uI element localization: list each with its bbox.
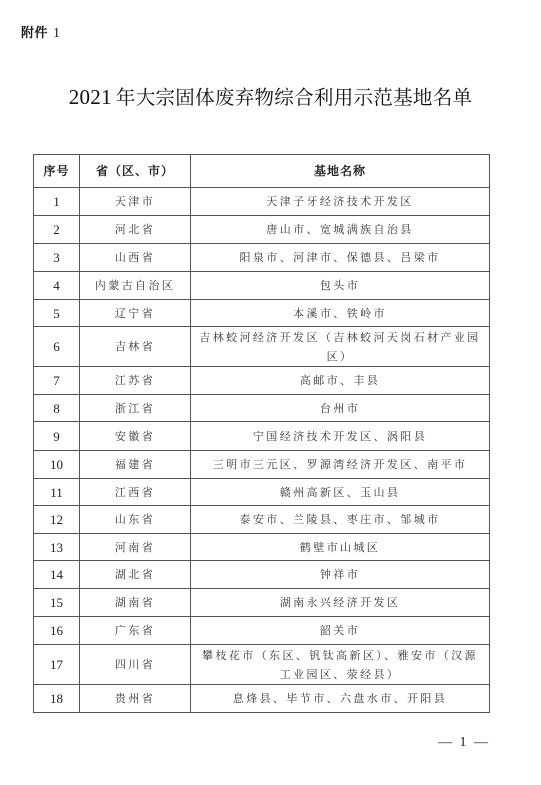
province-cell: 江苏省	[80, 367, 191, 395]
seq-cell: 11	[34, 479, 80, 506]
province-cell: 安徽省	[80, 422, 191, 451]
seq-cell: 18	[34, 685, 80, 713]
table-row: 5辽宁省本溪市、铁岭市	[34, 300, 490, 327]
base-name-cell: 韶关市	[191, 617, 490, 645]
province-cell: 湖南省	[80, 589, 191, 617]
base-name-cell: 攀枝花市（东区、钒钛高新区）、雅安市（汉源工业园区、荥经县）	[191, 645, 490, 685]
table-row: 11江西省赣州高新区、玉山县	[34, 479, 490, 506]
document-title: 2021年大宗固体废弃物综合利用示范基地名单	[0, 82, 541, 110]
seq-cell: 9	[34, 422, 80, 451]
base-name-cell: 三明市三元区、罗源湾经济开发区、南平市	[191, 451, 490, 479]
base-name-cell: 唐山市、宽城满族自治县	[191, 216, 490, 244]
base-name-cell: 天津子牙经济技术开发区	[191, 188, 490, 216]
seq-cell: 6	[34, 327, 80, 367]
page-number: — 1 —	[438, 735, 490, 751]
base-name-cell: 赣州高新区、玉山县	[191, 479, 490, 506]
base-name-cell: 包头市	[191, 272, 490, 300]
demonstration-base-table: 序号 省（区、市） 基地名称 1天津市天津子牙经济技术开发区2河北省唐山市、宽城…	[33, 154, 490, 713]
table-row: 16广东省韶关市	[34, 617, 490, 645]
table-row: 7江苏省高邮市、丰县	[34, 367, 490, 395]
table-row: 18贵州省息烽县、毕节市、六盘水市、开阳县	[34, 685, 490, 713]
seq-cell: 12	[34, 506, 80, 534]
column-header-seq: 序号	[34, 155, 80, 188]
province-cell: 四川省	[80, 645, 191, 685]
base-name-cell: 泰安市、兰陵县、枣庄市、邹城市	[191, 506, 490, 534]
seq-cell: 8	[34, 395, 80, 422]
province-cell: 河南省	[80, 534, 191, 561]
seq-cell: 13	[34, 534, 80, 561]
seq-cell: 1	[34, 188, 80, 216]
province-cell: 山西省	[80, 244, 191, 272]
table-row: 3山西省阳泉市、河津市、保德县、吕梁市	[34, 244, 490, 272]
title-year: 2021	[69, 85, 112, 109]
province-cell: 湖北省	[80, 561, 191, 589]
table-row: 15湖南省湖南永兴经济开发区	[34, 589, 490, 617]
seq-cell: 14	[34, 561, 80, 589]
base-name-cell: 息烽县、毕节市、六盘水市、开阳县	[191, 685, 490, 713]
province-cell: 福建省	[80, 451, 191, 479]
province-cell: 贵州省	[80, 685, 191, 713]
seq-cell: 4	[34, 272, 80, 300]
base-name-cell: 宁国经济技术开发区、涡阳县	[191, 422, 490, 451]
seq-cell: 10	[34, 451, 80, 479]
seq-cell: 15	[34, 589, 80, 617]
table-row: 4内蒙古自治区包头市	[34, 272, 490, 300]
province-cell: 天津市	[80, 188, 191, 216]
seq-cell: 17	[34, 645, 80, 685]
seq-cell: 7	[34, 367, 80, 395]
table-row: 6吉林省吉林蛟河经济开发区（吉林蛟河天岗石材产业园区）	[34, 327, 490, 367]
attachment-label-text: 附件	[21, 26, 48, 41]
province-cell: 江西省	[80, 479, 191, 506]
table-row: 14湖北省钟祥市	[34, 561, 490, 589]
base-name-cell: 本溪市、铁岭市	[191, 300, 490, 327]
base-name-cell: 吉林蛟河经济开发区（吉林蛟河天岗石材产业园区）	[191, 327, 490, 367]
base-name-cell: 高邮市、丰县	[191, 367, 490, 395]
seq-cell: 16	[34, 617, 80, 645]
table-row: 8浙江省台州市	[34, 395, 490, 422]
seq-cell: 2	[34, 216, 80, 244]
province-cell: 浙江省	[80, 395, 191, 422]
table-row: 1天津市天津子牙经济技术开发区	[34, 188, 490, 216]
column-header-base-name: 基地名称	[191, 155, 490, 188]
attachment-label: 附件 1	[21, 22, 61, 42]
table-row: 9安徽省宁国经济技术开发区、涡阳县	[34, 422, 490, 451]
province-cell: 河北省	[80, 216, 191, 244]
seq-cell: 3	[34, 244, 80, 272]
title-text: 年大宗固体废弃物综合利用示范基地名单	[116, 86, 472, 109]
table-row: 17四川省攀枝花市（东区、钒钛高新区）、雅安市（汉源工业园区、荥经县）	[34, 645, 490, 685]
base-name-cell: 钟祥市	[191, 561, 490, 589]
province-cell: 吉林省	[80, 327, 191, 367]
province-cell: 辽宁省	[80, 300, 191, 327]
base-name-cell: 鹤壁市山城区	[191, 534, 490, 561]
seq-cell: 5	[34, 300, 80, 327]
attachment-number: 1	[53, 26, 61, 41]
base-name-cell: 阳泉市、河津市、保德县、吕梁市	[191, 244, 490, 272]
table-row: 12山东省泰安市、兰陵县、枣庄市、邹城市	[34, 506, 490, 534]
column-header-province: 省（区、市）	[80, 155, 191, 188]
province-cell: 山东省	[80, 506, 191, 534]
table-row: 13河南省鹤壁市山城区	[34, 534, 490, 561]
base-name-cell: 湖南永兴经济开发区	[191, 589, 490, 617]
table-row: 10福建省三明市三元区、罗源湾经济开发区、南平市	[34, 451, 490, 479]
province-cell: 内蒙古自治区	[80, 272, 191, 300]
province-cell: 广东省	[80, 617, 191, 645]
base-name-cell: 台州市	[191, 395, 490, 422]
table-row: 2河北省唐山市、宽城满族自治县	[34, 216, 490, 244]
table-header-row: 序号 省（区、市） 基地名称	[34, 155, 490, 188]
